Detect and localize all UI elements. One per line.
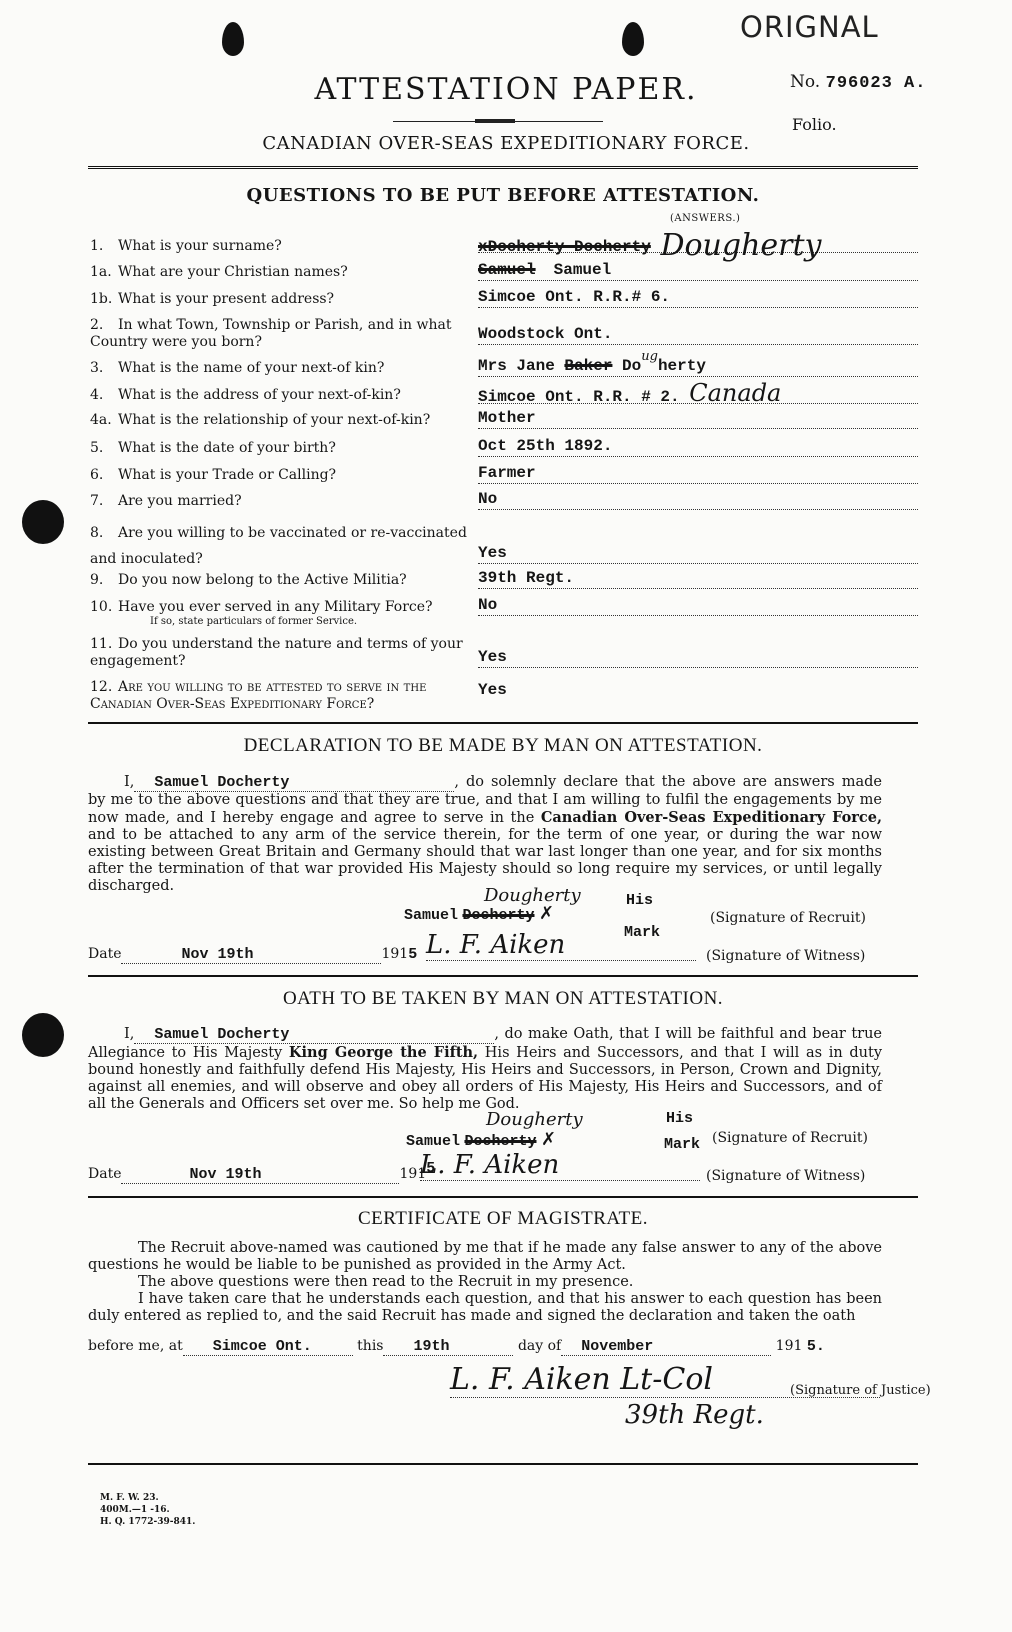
answer-9[interactable]: 39th Regt. (478, 568, 918, 589)
answer-4a[interactable]: Mother (478, 408, 918, 429)
oath-text: I,Samuel Docherty, do make Oath, that I … (88, 1026, 882, 1113)
question-1: 1.What is your surname? (90, 238, 470, 255)
original-stamp: ORIGNAL (740, 10, 879, 44)
declaration-recruit-sig-label: (Signature of Recruit) (710, 910, 866, 926)
declaration-date-field: Nov 19th (121, 946, 381, 964)
oath-date-field: Nov 19th (121, 1166, 399, 1184)
question-1a: 1a.What are your Christian names? (90, 264, 470, 281)
oath-witness-signature: L. F. Aiken (420, 1150, 700, 1181)
question-10: 10.Have you ever served in any Military … (90, 599, 470, 627)
answer-6[interactable]: Farmer (478, 463, 918, 484)
punch-hole-top (22, 500, 64, 544)
oath-recruit-signature: Samuel Docherty Dougherty ✗ (406, 1129, 556, 1150)
declaration-heading: DECLARATION TO BE MADE BY MAN ON ATTESTA… (88, 735, 918, 757)
oath-recruit-sig-label: (Signature of Recruit) (712, 1130, 868, 1146)
question-8: 8.Are you willing to be vaccinated or re… (90, 520, 470, 572)
answer-1b[interactable]: Simcoe Ont. R.R.# 6. (478, 287, 918, 308)
magistrate-day-field: 19th (383, 1338, 513, 1356)
magistrate-place-date-row: before me, atSimcoe Ont. this19th day of… (88, 1338, 888, 1356)
oath-witness-sig-label: (Signature of Witness) (706, 1168, 865, 1184)
magistrate-heading: CERTIFICATE OF MAGISTRATE. (88, 1208, 918, 1230)
declaration-mark-his: His (626, 892, 653, 909)
declaration-recruit-signature: Samuel Docherty Dougherty ✗ (404, 903, 554, 924)
answer-2[interactable]: Woodstock Ont. (478, 324, 918, 345)
answer-8[interactable]: Yes (478, 543, 918, 564)
question-6: 6.What is your Trade or Calling? (90, 467, 470, 484)
form-footer: M. F. W. 23. 400M.—1 -16. H. Q. 1772-39-… (100, 1492, 195, 1528)
answer-5[interactable]: Oct 25th 1892. (478, 436, 918, 457)
oath-heading: OATH TO BE TAKEN BY MAN ON ATTESTATION. (88, 988, 918, 1010)
declaration-name-field: Samuel Docherty (134, 774, 454, 792)
handwritten-surname: Dougherty (660, 228, 821, 263)
answer-4[interactable]: Simcoe Ont. R.R. # 2. Canada (478, 383, 918, 404)
answer-11[interactable]: Yes (478, 647, 918, 668)
ink-blot-right (622, 22, 644, 56)
regimental-number-value: 796023 A. (826, 74, 927, 93)
declaration-witness-sig-label: (Signature of Witness) (706, 948, 865, 964)
question-10-note: If so, state particulars of former Servi… (90, 616, 470, 627)
hq-reference: H. Q. 1772-39-841. (100, 1516, 195, 1528)
declaration-witness-signature: L. F. Aiken (426, 930, 696, 961)
page-subtitle: CANADIAN OVER-SEAS EXPEDITIONARY FORCE. (0, 133, 1012, 154)
answer-1a[interactable]: SamuelSamuel (478, 260, 918, 281)
declaration-divider (88, 975, 918, 977)
questions-heading: QUESTIONS TO BE PUT BEFORE ATTESTATION. (88, 185, 918, 206)
question-4: 4.What is the address of your next-of-ki… (90, 387, 470, 404)
answers-label: (ANSWERS.) (670, 213, 740, 224)
ink-blot-left (222, 22, 244, 56)
declaration-date-row: DateNov 19th1915 (88, 946, 417, 964)
magistrate-sig-label: (Signature of Justice) (790, 1383, 931, 1398)
question-12: 12.Are you willing to be attested to ser… (90, 679, 470, 713)
answer-10[interactable]: No (478, 595, 918, 616)
folio-label: Folio. (792, 115, 837, 134)
question-2: 2.In what Town, Township or Parish, and … (90, 317, 470, 351)
oath-mark-his: His (666, 1110, 693, 1127)
magistrate-month-field: November (561, 1338, 771, 1356)
header-divider (88, 166, 918, 172)
oath-date-row: DateNov 19th1915 (88, 1166, 435, 1184)
magistrate-place-field: Simcoe Ont. (183, 1338, 353, 1356)
answer-7[interactable]: No (478, 489, 918, 510)
oath-divider (88, 1196, 918, 1198)
question-9: 9.Do you now belong to the Active Militi… (90, 572, 470, 589)
answer-1[interactable]: xDocherty Docherty Dougherty (478, 232, 918, 253)
title-divider (393, 121, 603, 122)
form-number: M. F. W. 23. (100, 1492, 195, 1504)
magistrate-divider (88, 1463, 918, 1465)
magistrate-text: The Recruit above-named was cautioned by… (88, 1240, 882, 1325)
regimental-number: No. 796023 A. (790, 72, 926, 93)
answer-12[interactable]: Yes (478, 680, 918, 700)
questions-divider (88, 722, 918, 724)
print-run: 400M.—1 -16. (100, 1504, 195, 1516)
punch-hole-bottom (22, 1013, 64, 1057)
declaration-text: I,Samuel Docherty, do solemnly declare t… (88, 774, 882, 895)
magistrate-unit-handwritten: 39th Regt. (625, 1400, 764, 1430)
question-1b: 1b.What is your present address? (90, 291, 470, 308)
question-3: 3.What is the name of your next-of kin? (90, 360, 470, 377)
question-11: 11.Do you understand the nature and term… (90, 636, 470, 670)
question-4a: 4a.What is the relationship of your next… (90, 412, 470, 429)
oath-name-field: Samuel Docherty (134, 1026, 494, 1044)
question-7: 7.Are you married? (90, 493, 470, 510)
regimental-number-label: No. (790, 72, 820, 92)
question-5: 5.What is the date of your birth? (90, 440, 470, 457)
answer-3[interactable]: Mrs Jane Baker Dougherty (478, 356, 918, 377)
